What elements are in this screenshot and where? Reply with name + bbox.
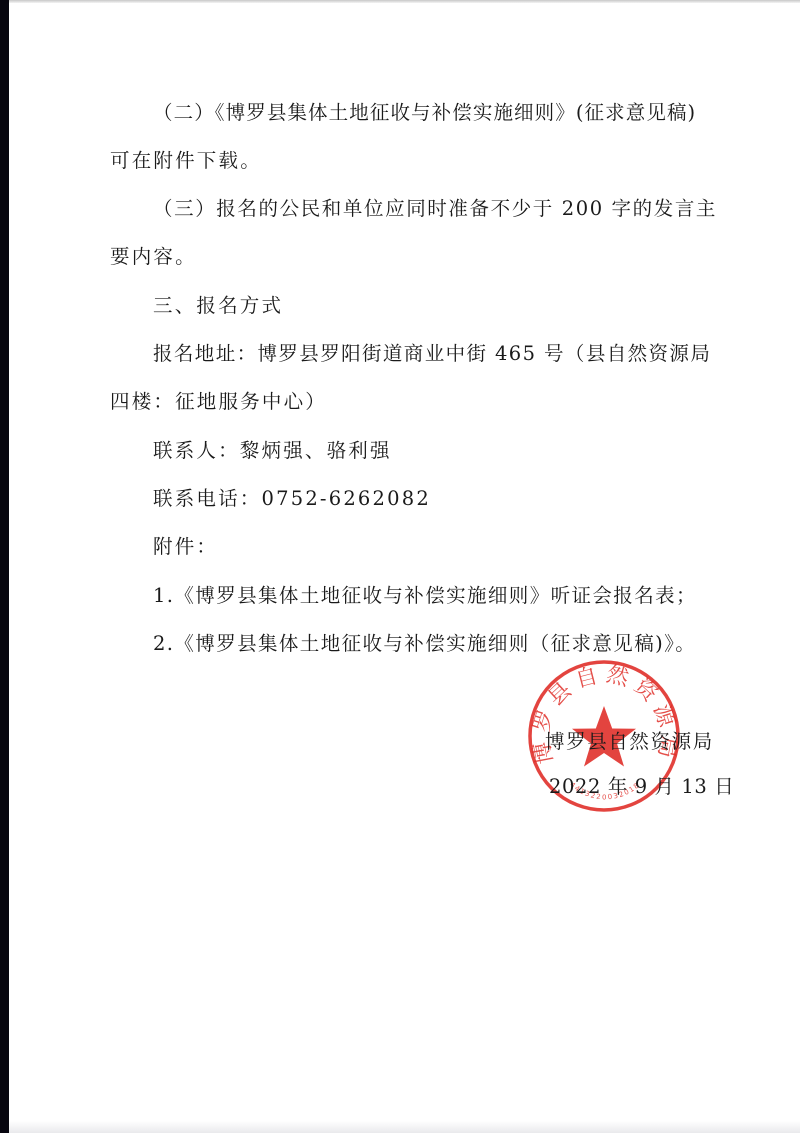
contact-phone: 联系电话：0752-6262082 — [153, 489, 431, 509]
attachment-1: 1.《博罗县集体土地征收与补偿实施细则》听证会报名表； — [153, 586, 697, 606]
paragraph-2-line-1: （二）《博罗县集体土地征收与补偿实施细则》(征求意见稿) — [153, 103, 696, 123]
paragraph-3-line-2: 要内容。 — [110, 247, 197, 267]
scan-top-border — [9, 0, 800, 3]
section-heading-registration: 三、报名方式 — [153, 296, 283, 316]
registration-address-line-2: 四楼：征地服务中心） — [110, 392, 327, 412]
scan-left-border — [0, 0, 9, 1133]
signature-organization: 博罗县自然资源局 — [545, 732, 714, 752]
scan-bottom-border — [9, 1121, 800, 1133]
signature-date: 2022 年 9 月 13 日 — [549, 777, 734, 797]
paragraph-2-line-2: 可在附件下载。 — [110, 151, 262, 171]
attachment-2: 2.《博罗县集体土地征收与补偿实施细则（征求意见稿)》。 — [153, 634, 696, 654]
attachments-label: 附件： — [153, 537, 218, 557]
registration-address-line-1: 报名地址：博罗县罗阳街道商业中街 465 号（县自然资源局 — [153, 344, 711, 364]
paragraph-3-line-1: （三）报名的公民和单位应同时准备不少于 200 字的发言主 — [153, 199, 717, 219]
contact-persons: 联系人：黎炳强、骆利强 — [153, 441, 392, 461]
